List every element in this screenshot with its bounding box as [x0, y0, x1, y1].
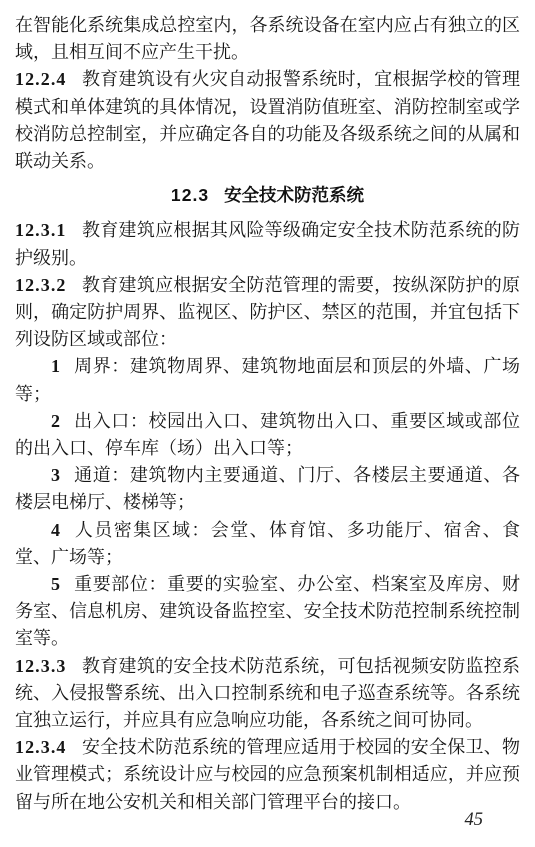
clause-text: 教育建筑设有火灾自动报警系统时，宜根据学校的管理模式和单体建筑的具体情况，设置消…: [15, 69, 520, 171]
list-item-number: 3: [51, 465, 60, 485]
clause-text: 教育建筑的安全技术防范系统，可包括视频安防监控系统、入侵报警系统、出入口控制系统…: [15, 656, 520, 730]
clause-12.2.4: 12.2.4教育建筑设有火灾自动报警系统时，宜根据学校的管理模式和单体建筑的具体…: [15, 66, 520, 175]
clause-12.3.2: 12.3.2教育建筑应根据安全防范管理的需要，按纵深防护的原则，确定防护周界、监…: [15, 272, 520, 354]
paragraph: 在智能化系统集成总控室内，各系统设备在室内应占有独立的区域，且相互间不应产生干扰…: [15, 12, 520, 66]
paragraph-text: 在智能化系统集成总控室内，各系统设备在室内应占有独立的区域，且相互间不应产生干扰…: [15, 15, 520, 62]
list-item-4: 4人员密集区域：会堂、体育馆、多功能厅、宿舍、食堂、广场等；: [15, 517, 520, 571]
list-item-text: 通道：建筑物内主要通道、门厅、各楼层主要通道、各楼层电梯厅、楼梯等；: [15, 465, 520, 512]
clause-text: 安全技术防范系统的管理应适用于校园的安全保卫、物业管理模式；系统设计应与校园的应…: [15, 737, 520, 811]
clause-text: 教育建筑应根据安全防范管理的需要，按纵深防护的原则，确定防护周界、监视区、防护区…: [15, 275, 520, 349]
section-heading-number: 12.3: [171, 185, 209, 205]
clause-12.3.3: 12.3.3教育建筑的安全技术防范系统，可包括视频安防监控系统、入侵报警系统、出…: [15, 653, 520, 735]
section-heading-text: 安全技术防范系统: [224, 185, 364, 205]
list-item-text: 人员密集区域：会堂、体育馆、多功能厅、宿舍、食堂、广场等；: [15, 520, 520, 567]
section-heading: 12.3安全技术防范系统: [15, 182, 520, 209]
clause-number: 12.3.2: [15, 275, 66, 295]
list-item-text: 出入口：校园出入口、建筑物出入口、重要区域或部位的出入口、停车库（场）出入口等；: [15, 411, 520, 458]
list-item-5: 5重要部位：重要的实验室、办公室、档案室及库房、财务室、信息机房、建筑设备监控室…: [15, 571, 520, 653]
list-item-text: 周界：建筑物周界、建筑物地面层和顶层的外墙、广场等；: [15, 356, 520, 403]
list-item-text: 重要部位：重要的实验室、办公室、档案室及库房、财务室、信息机房、建筑设备监控室、…: [15, 574, 520, 648]
clause-12.3.4: 12.3.4安全技术防范系统的管理应适用于校园的安全保卫、物业管理模式；系统设计…: [15, 734, 520, 816]
clause-number: 12.3.4: [15, 737, 66, 757]
list-item-1: 1周界：建筑物周界、建筑物地面层和顶层的外墙、广场等；: [15, 353, 520, 407]
clause-12.3.1: 12.3.1教育建筑应根据其风险等级确定安全技术防范系统的防护级别。: [15, 217, 520, 271]
page-number: 45: [465, 810, 484, 831]
document-page: 在智能化系统集成总控室内，各系统设备在室内应占有独立的区域，且相互间不应产生干扰…: [0, 0, 535, 847]
list-item-number: 5: [51, 574, 60, 594]
list-item-2: 2出入口：校园出入口、建筑物出入口、重要区域或部位的出入口、停车库（场）出入口等…: [15, 408, 520, 462]
clause-number: 12.3.3: [15, 656, 66, 676]
list-item-3: 3通道：建筑物内主要通道、门厅、各楼层主要通道、各楼层电梯厅、楼梯等；: [15, 462, 520, 516]
clause-text: 教育建筑应根据其风险等级确定安全技术防范系统的防护级别。: [15, 220, 520, 267]
list-item-number: 4: [51, 520, 60, 540]
list-item-number: 2: [51, 411, 60, 431]
clause-number: 12.2.4: [15, 69, 66, 89]
clause-number: 12.3.1: [15, 220, 66, 240]
page-content: 在智能化系统集成总控室内，各系统设备在室内应占有独立的区域，且相互间不应产生干扰…: [15, 12, 520, 816]
list-item-number: 1: [51, 356, 60, 376]
